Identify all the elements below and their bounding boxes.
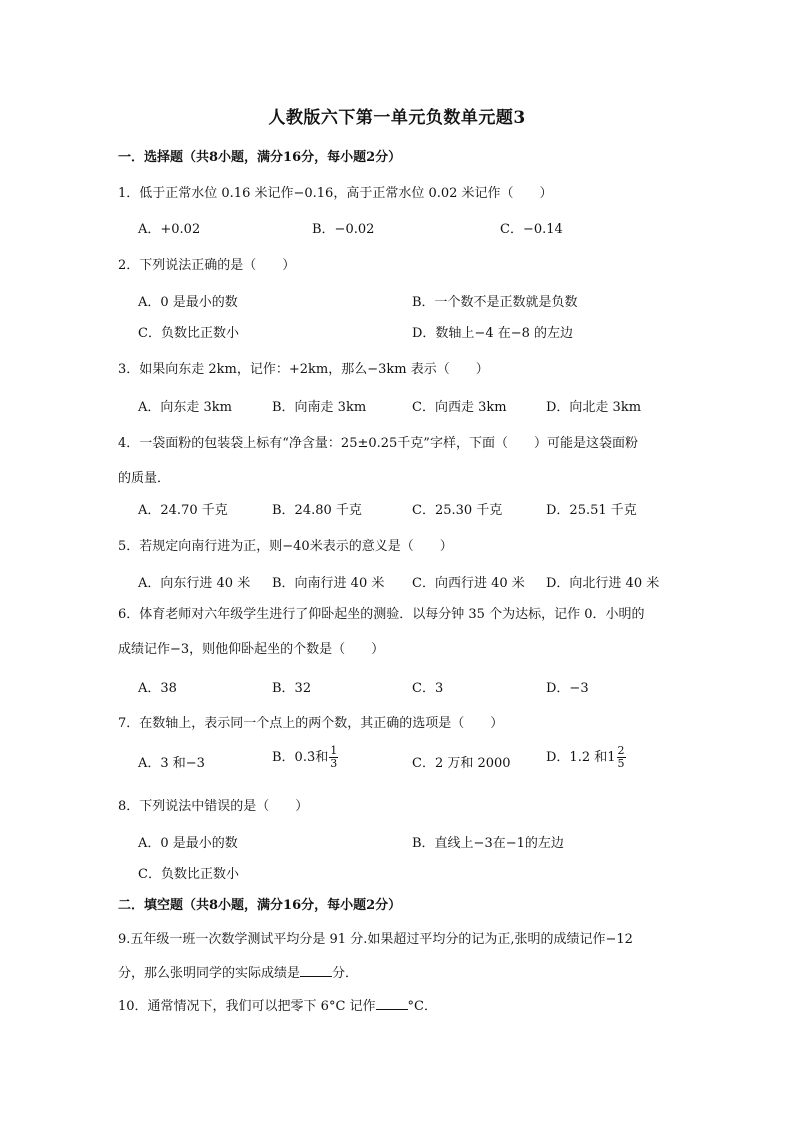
question-2-option-b: B．一个数不是正数就是负数 (412, 291, 578, 310)
document-title: 人教版六下第一单元负数单元题3 (0, 103, 794, 128)
question-6-option-d: D．−3 (546, 677, 589, 696)
question-4-text-line-1: 4．一袋面粉的包装袋上标有“净含量：25±0.25千克”字样，下面（ ）可能是这… (118, 432, 638, 451)
question-4-text-line-2: 的质量． (118, 467, 170, 486)
question-4-option-d: D．25.51 千克 (546, 499, 637, 518)
question-2-option-a: A．0 是最小的数 (138, 291, 238, 310)
question-5-option-b: B．向南行进 40 米 (272, 572, 384, 591)
question-5-option-a: A．向东行进 40 米 (138, 572, 250, 591)
question-8-option-c: C．负数比正数小 (138, 863, 239, 882)
question-7-option-d: D．1.2 和125 (546, 745, 626, 770)
question-6-option-b: B．32 (272, 677, 311, 696)
document-page: 人教版六下第一单元负数单元题3 一．选择题（共8小题，满分16分，每小题2分） … (0, 0, 794, 1123)
question-9-text-line-1: 9.五年级一班一次数学测试平均分是 91 分.如果超过平均分的记为正,张明的成绩… (118, 928, 633, 947)
question-6-text-line-2: 成绩记作−3，则他仰卧起坐的个数是（ ） (118, 638, 384, 657)
question-7-option-b: B．0.3̇和13 (272, 745, 338, 770)
question-2-option-c: C．负数比正数小 (138, 322, 239, 341)
question-6-text-line-1: 6．体育老师对六年级学生进行了仰卧起坐的测验．以每分钟 35 个为达标，记作 0… (118, 603, 644, 622)
question-1-option-c: C．−0.14 (500, 218, 563, 237)
question-8-option-a: A．0 是最小的数 (138, 832, 238, 851)
question-4-option-b: B．24.80 千克 (272, 499, 362, 518)
answer-blank[interactable] (376, 997, 408, 1010)
fraction-one-third: 13 (329, 745, 338, 770)
question-5-option-c: C．向西行进 40 米 (412, 572, 525, 591)
question-2-text: 2．下列说法正确的是（ ） (118, 254, 295, 273)
question-7-option-a: A．3 和−3 (138, 752, 205, 771)
fraction-two-fifths: 25 (617, 745, 626, 770)
question-6-option-a: A．38 (138, 677, 177, 696)
question-8-option-b: B．直线上−3在−1的左边 (412, 832, 564, 851)
section-heading-multiple-choice: 一．选择题（共8小题，满分16分，每小题2分） (118, 146, 401, 165)
question-1-option-a: A．+0.02 (138, 218, 200, 237)
question-7-option-b-label: B．0.3̇和 (272, 750, 328, 765)
question-4-option-a: A．24.70 千克 (138, 499, 228, 518)
question-10-text: 10．通常情况下，我们可以把零下 6°C 记作°C． (118, 995, 437, 1014)
section-heading-fill-in-blank: 二．填空题（共8小题，满分16分，每小题2分） (118, 894, 401, 913)
question-6-option-c: C．3 (412, 677, 443, 696)
question-9-text-line-2: 分，那么张明同学的实际成绩是分． (118, 962, 358, 981)
question-1-text: 1．低于正常水位 0.16 米记作−0.16，高于正常水位 0.02 米记作（ … (118, 182, 553, 201)
question-1-option-b: B．−0.02 (312, 218, 374, 237)
question-5-text: 5．若规定向南行进为正，则−40米表示的意义是（ ） (118, 535, 453, 554)
question-3-text: 3．如果向东走 2km，记作：+2km，那么−3km 表示（ ） (118, 358, 489, 377)
question-5-option-d: D．向北行进 40 米 (546, 572, 659, 591)
answer-blank[interactable] (300, 964, 332, 977)
question-4-option-c: C．25.30 千克 (412, 499, 502, 518)
question-3-option-c: C．向西走 3km (412, 396, 507, 415)
question-3-option-d: D．向北走 3km (546, 396, 641, 415)
question-7-option-d-label: D．1.2 和1 (546, 750, 616, 765)
question-3-option-a: A．向东走 3km (138, 396, 232, 415)
question-7-option-c: C．2 万和 2000 (412, 752, 511, 771)
question-3-option-b: B．向南走 3km (272, 396, 366, 415)
question-8-text: 8．下列说法中错误的是（ ） (118, 795, 308, 814)
question-2-option-d: D．数轴上−4 在−8 的左边 (412, 322, 573, 341)
question-7-text: 7．在数轴上，表示同一个点上的两个数，其正确的选项是（ ） (118, 712, 503, 731)
